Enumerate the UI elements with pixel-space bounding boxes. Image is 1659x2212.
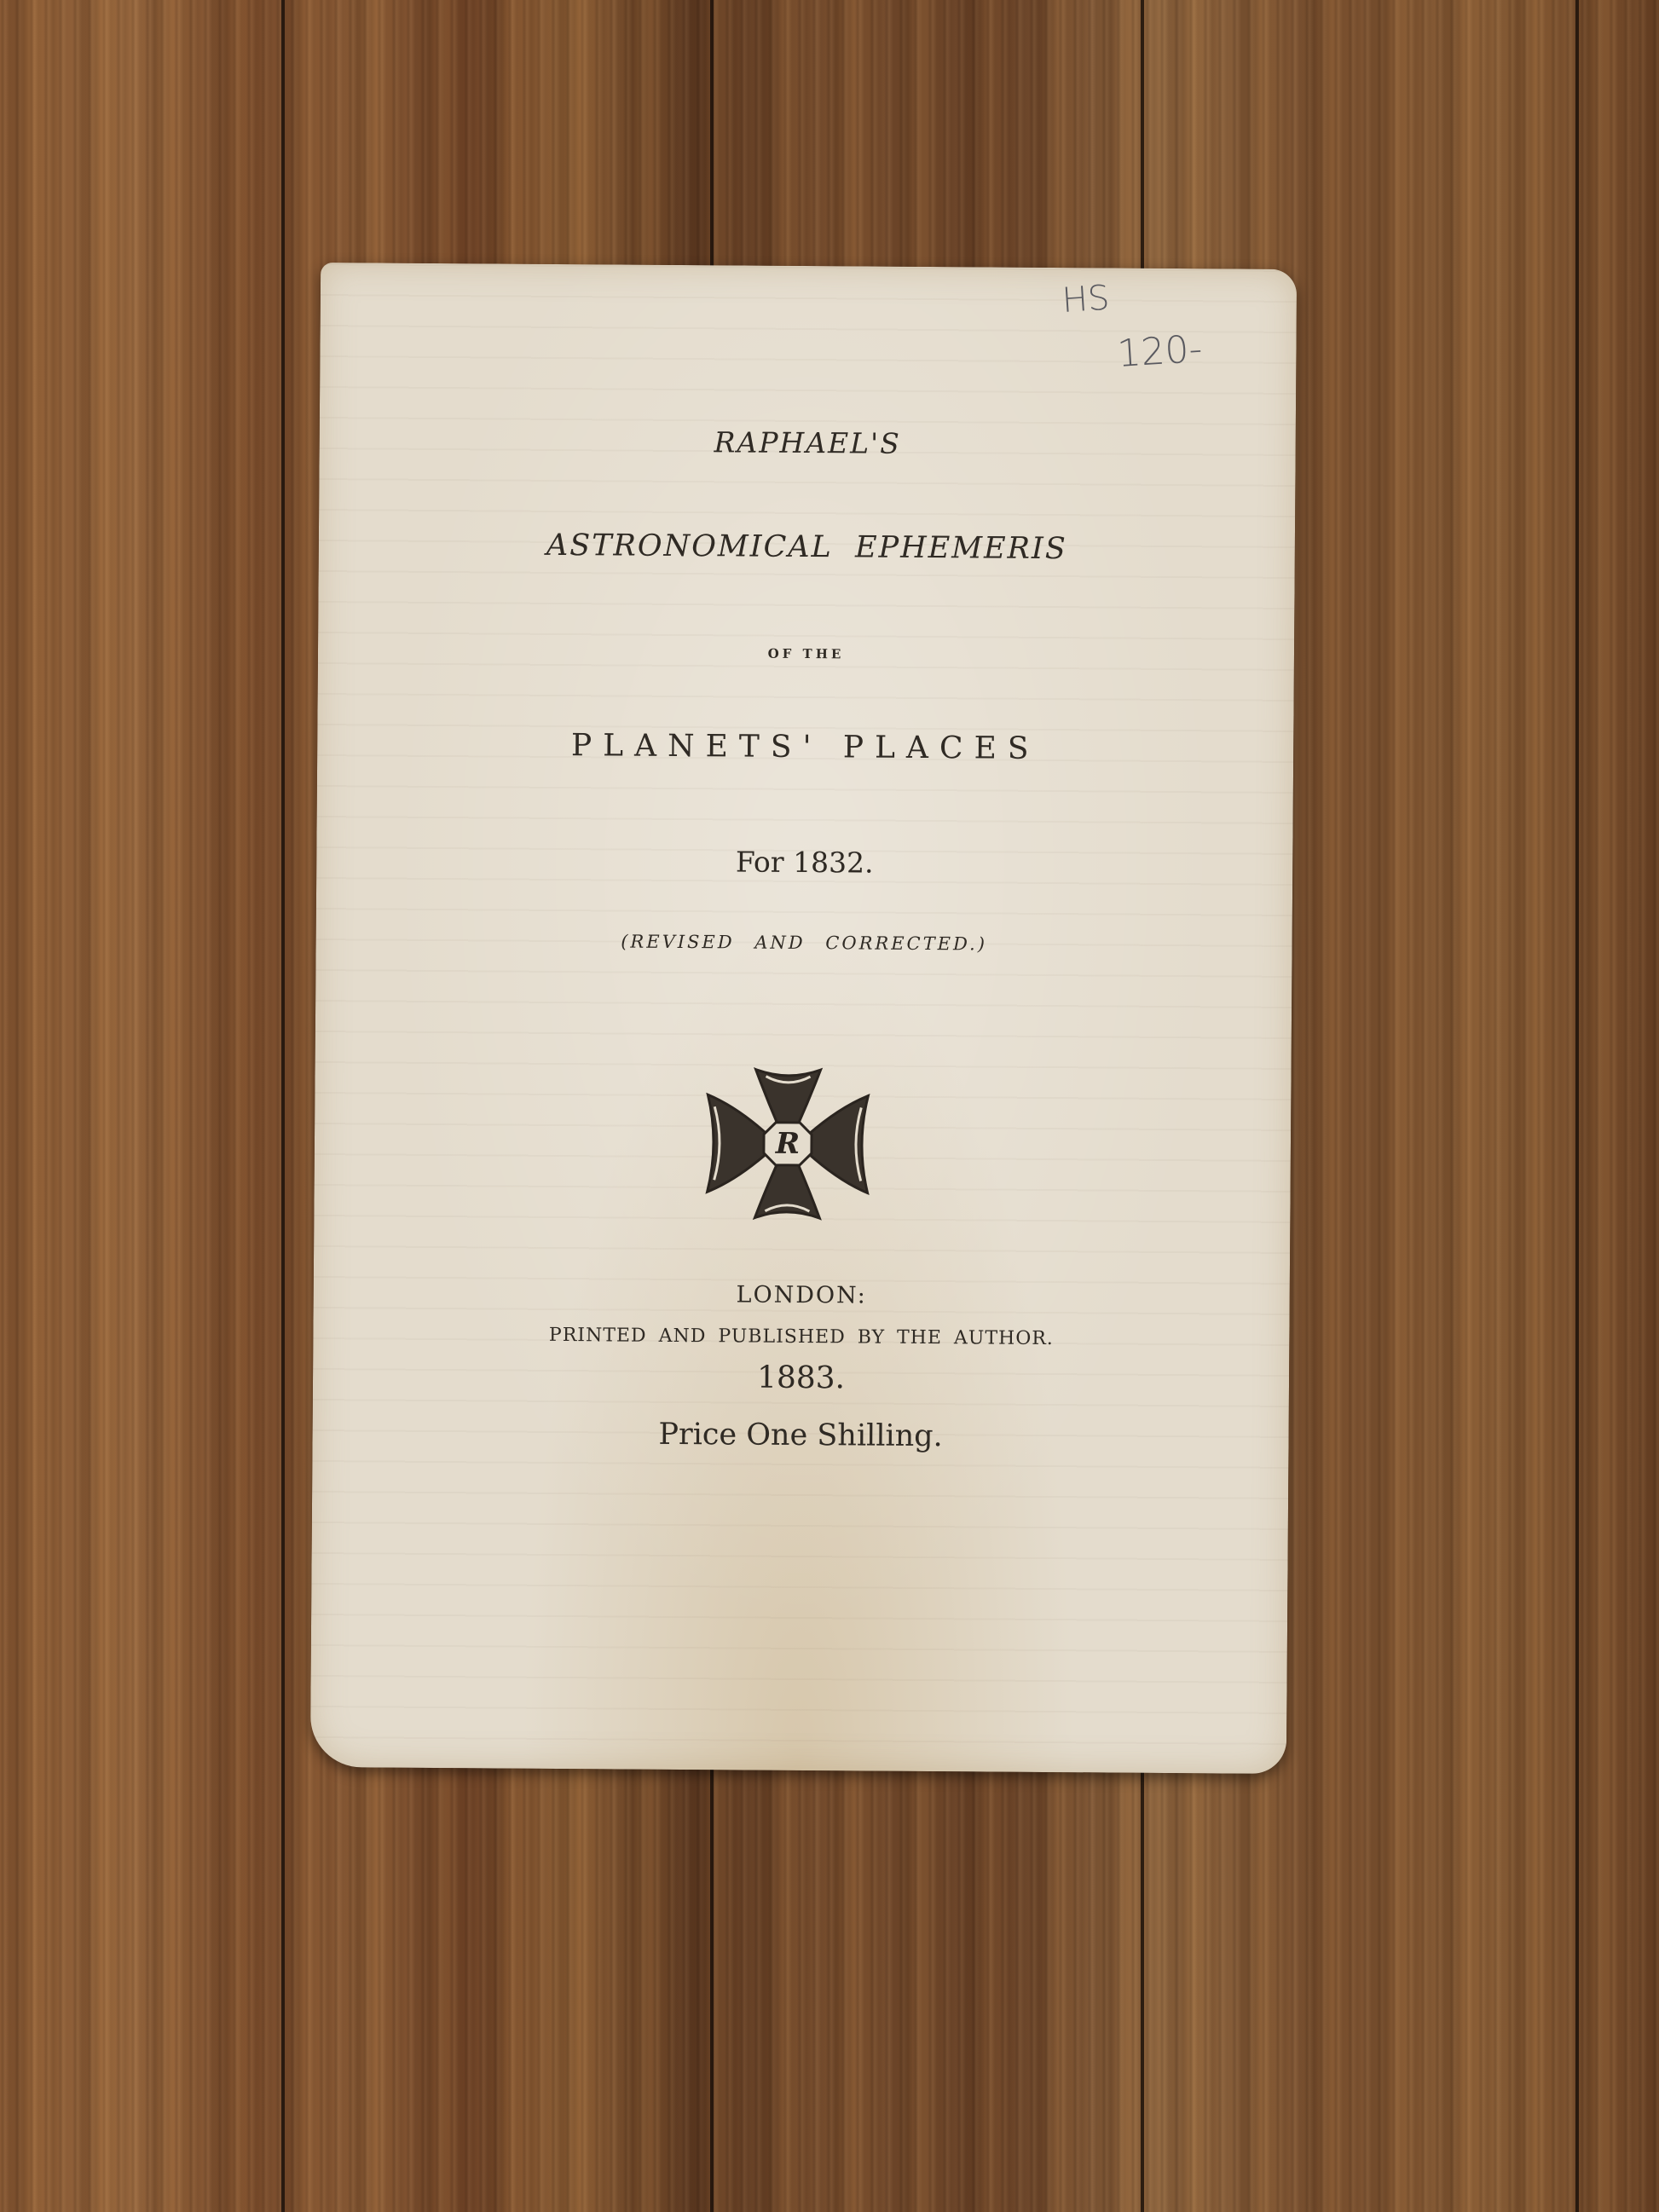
subject-planets-places: PLANETS' PLACES [317,726,1293,768]
svg-text:R: R [775,1127,801,1161]
plank-seam [281,0,285,2212]
cross-pattee-monogram-icon: R [702,1062,873,1225]
imprint-city: LONDON: [314,1279,1290,1312]
for-year: For 1832. [316,842,1292,882]
pamphlet-cover: HS 120- RAPHAEL'S ASTRONOMICAL EPHEMERIS… [310,263,1297,1774]
imprint-price: Price One Shilling. [312,1415,1288,1456]
imprint-publisher: PRINTED AND PUBLISHED BY THE AUTHOR. [313,1323,1289,1351]
plank-seam [1575,0,1579,2212]
title-astronomical-ephemeris: ASTRONOMICAL EPHEMERIS [319,527,1295,568]
pencil-note-price: 120- [1116,327,1204,376]
connector-of-the: OF THE [318,643,1294,665]
revised-note: (REVISED AND CORRECTED.) [316,929,1292,956]
imprint-year: 1883. [313,1357,1289,1399]
title-raphaels: RAPHAEL'S [320,423,1296,463]
pencil-note-code: HS [1061,279,1111,321]
